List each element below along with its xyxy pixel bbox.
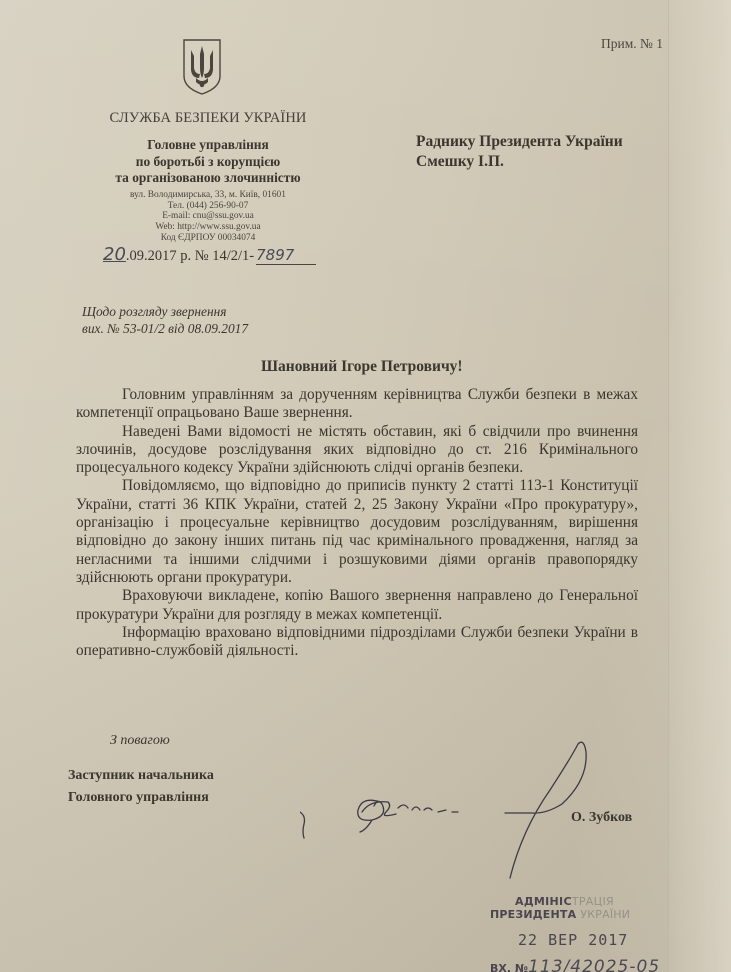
position-line: Головного управління — [68, 787, 214, 809]
contact-block: вул. Володимирська, 33, м. Київ, 01601 Т… — [110, 190, 306, 244]
subject-reference: Щодо розгляду звернення вих. № 53-01/2 в… — [82, 303, 248, 337]
website: Web: http://www.ssu.gov.ua — [110, 222, 306, 233]
closing-regards: З повагою — [110, 733, 170, 749]
position-line: Заступник начальника — [68, 765, 214, 787]
stamp-date: 22 ВЕР 2017 — [518, 931, 628, 949]
stamp-line: ПРЕЗИДЕНТА УКРАЇНИ — [490, 908, 630, 921]
phone: Тел. (044) 256-90-07 — [110, 201, 306, 212]
department-line: по боротьбі з корупцією — [100, 154, 316, 171]
department-line: та організованою злочинністю — [100, 170, 316, 187]
signer-position: Заступник начальника Головного управлінн… — [68, 765, 214, 809]
addressee: Раднику Президента України Смешку І.П. — [416, 132, 623, 172]
reference-number: вих. № 53-01/2 від 08.09.2017 — [82, 320, 248, 337]
paragraph: Інформацію враховано відповідними підроз… — [76, 624, 638, 661]
paragraph: Головним управлінням за дорученням керів… — [76, 386, 638, 423]
paragraph: Враховуючи викладене, копію Вашого зверн… — [76, 587, 638, 624]
edrpou-code: Код ЄДРПОУ 00034074 — [110, 233, 306, 244]
handwritten-number: 7897 — [256, 246, 316, 265]
salutation: Шановний Ігоре Петровичу! — [261, 358, 463, 376]
paragraph: Наведені Вами відомості не містять обста… — [76, 423, 638, 478]
address: вул. Володимирська, 33, м. Київ, 01601 — [110, 190, 306, 201]
signer-name: О. Зубков — [571, 810, 632, 826]
organization-name: СЛУЖБА БЕЗПЕКИ УКРАЇНИ — [108, 110, 308, 127]
email: E-mail: cnu@ssu.gov.ua — [110, 211, 306, 222]
letter-body: Головним управлінням за дорученням керів… — [76, 386, 638, 660]
subject-line: Щодо розгляду звернення — [82, 303, 248, 320]
department-line: Головне управління — [100, 137, 316, 154]
incoming-registration: ВХ. №113/42025-05 — [490, 957, 660, 972]
department-name: Головне управління по боротьбі з корупці… — [100, 137, 316, 187]
annex-label: Прим. № 1 — [601, 36, 663, 52]
handwritten-day: 20 — [103, 244, 126, 265]
outgoing-date-number: .09.2017 р. № 14/2/1- — [126, 248, 254, 264]
addressee-title: Раднику Президента України — [416, 132, 623, 152]
outgoing-number: 20.09.2017 р. № 14/2/1-7897 — [103, 244, 316, 265]
trident-coat-of-arms-icon — [181, 38, 223, 96]
paper-edge — [668, 0, 731, 972]
addressee-name: Смешку І.П. — [416, 152, 623, 172]
handwritten-registration-number: 113/42025-05 — [528, 957, 660, 972]
stamp-line: АДМІНІСТРАЦІЯ — [515, 895, 614, 908]
paragraph: Повідомляємо, що відповідно до приписів … — [76, 477, 638, 587]
